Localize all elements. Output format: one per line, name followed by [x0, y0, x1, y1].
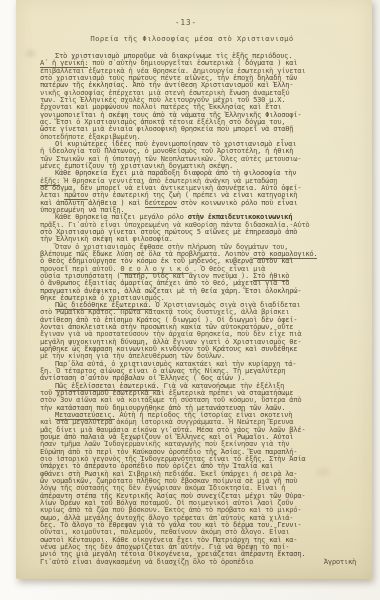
document-page: -13- Πορεία τῆς Φιλοσοφίας μέσα στὸ Χρισ…: [16, 0, 372, 579]
text-line: Γι᾿αὐτὸ εἶναι ἀναγκασμένη νὰ διασχίζῃ ὅλ…: [40, 558, 352, 565]
page-title: Πορεία τῆς Φιλοσοφίας μέσα στὸ Χριστιανι…: [16, 34, 368, 43]
page-number: -13-: [16, 18, 356, 27]
paper-stain: [26, 50, 35, 57]
document-body: Στὸ χριστιανισμὸ μποροῦμε νὰ διακρίνωμε …: [40, 52, 352, 565]
scan-background: -13- Πορεία τῆς Φιλοσοφίας μέσα στὸ Χρισ…: [0, 0, 380, 600]
text-segment: Γι᾿αὐτὸ εἶναι ἀναγκασμένη νὰ διασχίζῃ ὅλ…: [40, 557, 253, 566]
catchword: Ἀγροτικὴ: [324, 558, 356, 565]
